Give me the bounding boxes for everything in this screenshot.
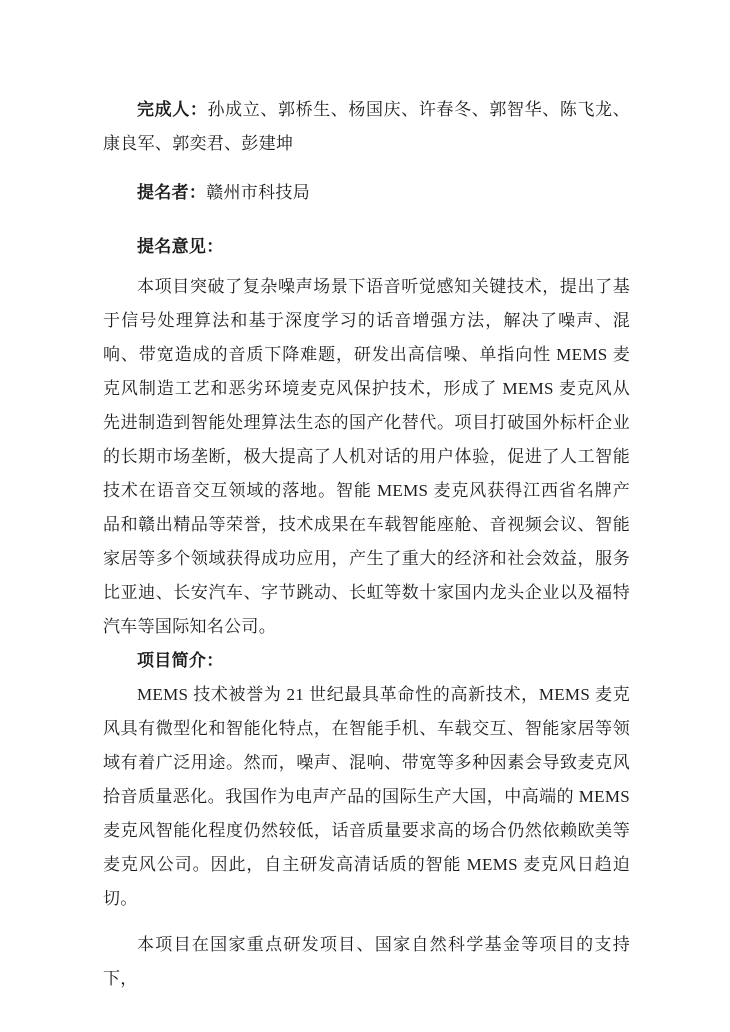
nominator-paragraph: 提名者：赣州市科技局 xyxy=(103,176,630,210)
document-page: 完成人：孙成立、郭桥生、杨国庆、许春冬、郭智华、陈飞龙、康良军、郭奕君、彭建坤 … xyxy=(0,0,730,1032)
nomination-opinion-heading: 提名意见： xyxy=(103,230,630,264)
project-intro-paragraph-2: 本项目在国家重点研发项目、国家自然科学基金等项目的支持下， xyxy=(103,928,630,996)
project-intro-heading: 项目简介： xyxy=(103,644,630,678)
nomination-opinion-body: 本项目突破了复杂噪声场景下语音听觉感知关键技术，提出了基于信号处理算法和基于深度… xyxy=(103,270,630,644)
nominator-value: 赣州市科技局 xyxy=(206,183,310,202)
nominator-label: 提名者： xyxy=(137,183,206,202)
project-intro-paragraph-1: MEMS 技术被誉为 21 世纪最具革命性的高新技术，MEMS 麦克风具有微型化… xyxy=(103,678,630,916)
completed-by-label: 完成人： xyxy=(137,100,207,119)
completed-by-paragraph: 完成人：孙成立、郭桥生、杨国庆、许春冬、郭智华、陈飞龙、康良军、郭奕君、彭建坤 xyxy=(103,93,630,161)
